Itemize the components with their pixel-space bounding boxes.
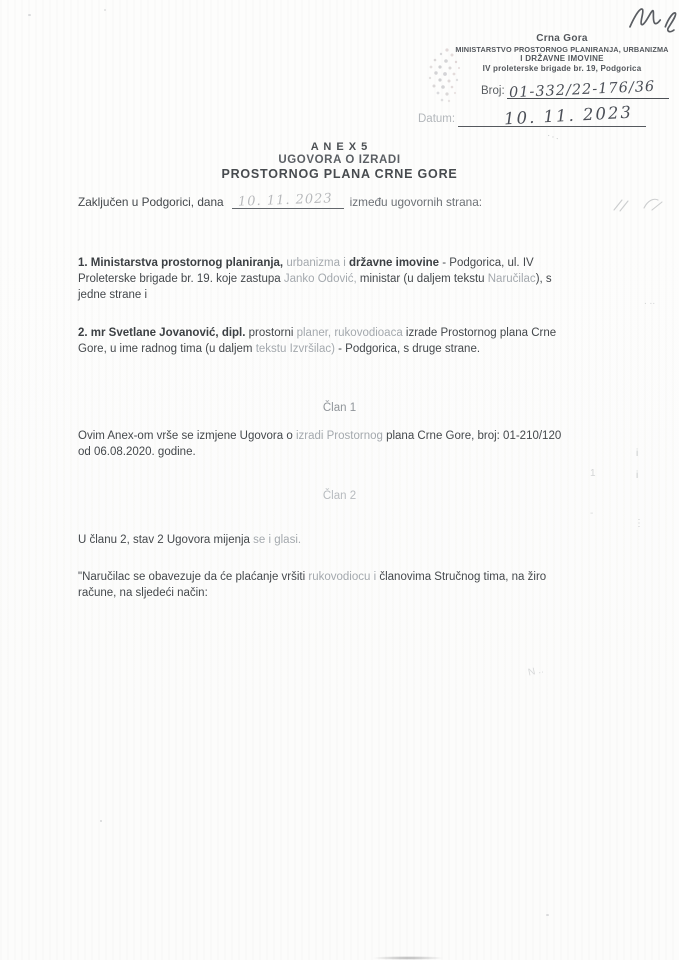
letterhead-ministry-line1: MINISTARSTVO PROSTORNOG PLANIRANJA, URBA… bbox=[448, 45, 676, 54]
margin-artifact: N .. bbox=[527, 665, 545, 679]
broj-underline: 01-332/22-176/36 bbox=[507, 80, 669, 99]
article-2-paragraph-2: "Naručilac se obavezuje da će plaćanje v… bbox=[78, 570, 653, 602]
article-2-heading: Član 2 bbox=[0, 490, 679, 502]
margin-artifact: i bbox=[636, 448, 638, 459]
margin-artifact: ⋮ bbox=[634, 518, 644, 529]
broj-label: Broj: bbox=[481, 85, 505, 99]
scan-speck bbox=[100, 820, 102, 822]
intro-after: između ugovornih strana: bbox=[350, 195, 482, 209]
datum-label: Datum: bbox=[418, 113, 455, 127]
scanned-document-page: Crna Gora MINISTARSTVO PROSTORNOG PLANIR… bbox=[0, 0, 679, 960]
intro-handwritten-date: 10. 11. 2023 bbox=[237, 191, 332, 209]
intro-line: Zaključen u Podgorici, dana10. 11. 2023i… bbox=[78, 194, 482, 209]
datum-handwritten-value: 10. 11. 2023 bbox=[504, 103, 634, 129]
letterhead-country: Crna Gora bbox=[448, 33, 676, 44]
article-2-paragraph-1: U članu 2, stav 2 Ugovora mijenja se i g… bbox=[78, 533, 653, 549]
party-1-paragraph: 1. Ministarstva prostornog planiranja, u… bbox=[78, 256, 653, 303]
margin-artifact: i bbox=[636, 470, 638, 481]
margin-artifact: . .. bbox=[644, 296, 655, 307]
scan-speck bbox=[546, 914, 549, 916]
article-1-heading: Član 1 bbox=[0, 402, 679, 414]
broj-handwritten-value: 01-332/22-176/36 bbox=[508, 79, 655, 101]
title-line2: UGOVORA O IZRADI bbox=[0, 154, 679, 166]
ministry-letterhead: Crna Gora MINISTARSTVO PROSTORNOG PLANIR… bbox=[448, 33, 676, 73]
intro-date-underline: 10. 11. 2023 bbox=[232, 194, 344, 209]
letterhead-address: IV proleterske brigade br. 19, Podgorica bbox=[448, 64, 676, 73]
ink-smudge: ... bbox=[547, 128, 563, 142]
scan-speck bbox=[28, 14, 31, 16]
margin-artifact: 1 bbox=[590, 468, 596, 479]
letterhead-ministry-line2: I DRŽAVNE IMOVINE bbox=[448, 54, 676, 63]
margin-artifact: - bbox=[590, 508, 593, 519]
title-line1: A N E X 5 bbox=[0, 141, 679, 153]
faint-pencil-squiggle bbox=[608, 192, 668, 218]
bottom-edge-smudge bbox=[372, 956, 444, 960]
title-line3: PROSTORNOG PLANA CRNE GORE bbox=[0, 167, 679, 181]
document-title: A N E X 5 UGOVORA O IZRADI PROSTORNOG PL… bbox=[0, 141, 679, 181]
party-2-paragraph: 2. mr Svetlane Jovanović, dipl. prostorn… bbox=[78, 326, 653, 358]
datum-underline: 10. 11. 2023 bbox=[458, 108, 646, 127]
intro-before: Zaključen u Podgorici, dana bbox=[78, 195, 224, 209]
article-1-paragraph: Ovim Anex-om vrše se izmjene Ugovora o i… bbox=[78, 429, 653, 461]
scan-speck bbox=[104, 9, 106, 11]
reference-number-row: Broj: 01-332/22-176/36 bbox=[481, 80, 669, 99]
date-row: Datum: 10. 11. 2023 bbox=[418, 108, 646, 127]
